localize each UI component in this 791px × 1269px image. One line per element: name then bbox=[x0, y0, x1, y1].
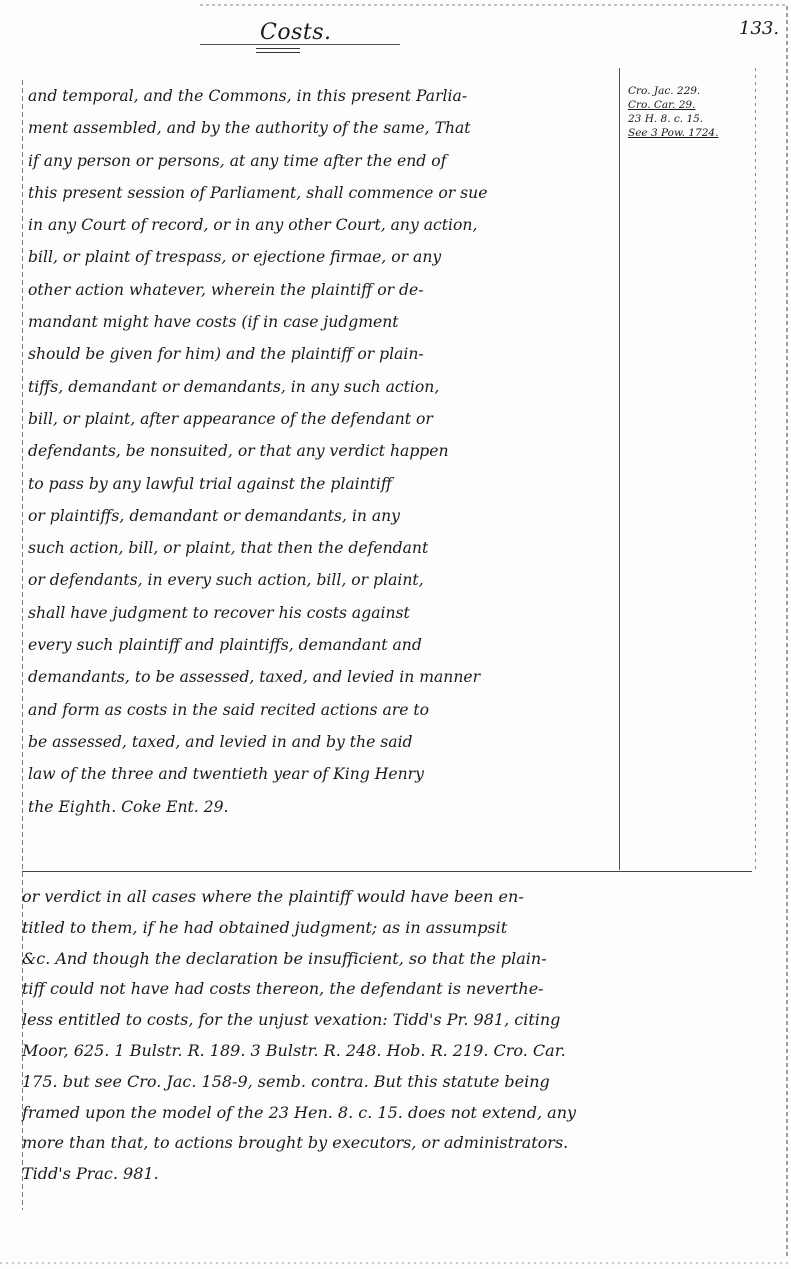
commentary-text: or verdict in all cases where the plaint… bbox=[22, 882, 782, 1190]
text-line: demandants, to be assessed, taxed, and l… bbox=[28, 661, 618, 693]
text-line: tiff could not have had costs thereon, t… bbox=[22, 974, 782, 1005]
text-line: tiffs, demandant or demandants, in any s… bbox=[28, 371, 618, 403]
text-line: this present session of Parliament, shal… bbox=[28, 177, 618, 209]
text-line: or verdict in all cases where the plaint… bbox=[22, 882, 782, 913]
text-line: Moor, 625. 1 Bulstr. R. 189. 3 Bulstr. R… bbox=[22, 1036, 782, 1067]
text-line: and temporal, and the Commons, in this p… bbox=[28, 80, 618, 112]
page-top-edge bbox=[200, 4, 788, 6]
text-line: other action whatever, wherein the plain… bbox=[28, 274, 618, 306]
margin-column-right-rule bbox=[755, 68, 756, 870]
page-bottom-edge bbox=[0, 1262, 791, 1264]
text-line: such action, bill, or plaint, that then … bbox=[28, 532, 618, 564]
text-line: less entitled to costs, for the unjust v… bbox=[22, 1005, 782, 1036]
page-title: Costs. bbox=[260, 20, 332, 45]
page-right-edge bbox=[786, 6, 788, 1258]
margin-citations: Cro. Jac. 229. Cro. Car. 29. 23 H. 8. c.… bbox=[628, 84, 753, 140]
text-line: or plaintiffs, demandant or demandants, … bbox=[28, 500, 618, 532]
margin-column-rule bbox=[619, 68, 620, 870]
text-line: or defendants, in every such action, bil… bbox=[28, 564, 618, 596]
page-number: 133. bbox=[739, 18, 779, 39]
text-line: every such plaintiff and plaintiffs, dem… bbox=[28, 629, 618, 661]
page-title-underline bbox=[256, 48, 300, 53]
margin-citation: Cro. Car. 29. bbox=[628, 98, 753, 112]
text-line: to pass by any lawful trial against the … bbox=[28, 468, 618, 500]
text-line: bill, or plaint, after appearance of the… bbox=[28, 403, 618, 435]
text-line: framed upon the model of the 23 Hen. 8. … bbox=[22, 1098, 782, 1129]
statute-text: and temporal, and the Commons, in this p… bbox=[28, 80, 618, 823]
section-divider bbox=[22, 871, 752, 872]
margin-citation: See 3 Pow. 1724. bbox=[628, 126, 753, 140]
text-line: should be given for him) and the plainti… bbox=[28, 338, 618, 370]
text-line: in any Court of record, or in any other … bbox=[28, 209, 618, 241]
text-line: and form as costs in the said recited ac… bbox=[28, 694, 618, 726]
text-line: law of the three and twentieth year of K… bbox=[28, 758, 618, 790]
margin-citation: 23 H. 8. c. 15. bbox=[628, 112, 753, 126]
text-line: Tidd's Prac. 981. bbox=[22, 1159, 782, 1190]
text-line: shall have judgment to recover his costs… bbox=[28, 597, 618, 629]
text-line: defendants, be nonsuited, or that any ve… bbox=[28, 435, 618, 467]
manuscript-page: Costs. 133. Cro. Jac. 229. Cro. Car. 29.… bbox=[0, 0, 791, 1269]
text-line: if any person or persons, at any time af… bbox=[28, 145, 618, 177]
text-line: titled to them, if he had obtained judgm… bbox=[22, 913, 782, 944]
text-line: bill, or plaint of trespass, or ejection… bbox=[28, 241, 618, 273]
text-line: be assessed, taxed, and levied in and by… bbox=[28, 726, 618, 758]
text-line: more than that, to actions brought by ex… bbox=[22, 1128, 782, 1159]
text-line: the Eighth. Coke Ent. 29. bbox=[28, 791, 618, 823]
text-line: ment assembled, and by the authority of … bbox=[28, 112, 618, 144]
text-line: 175. but see Cro. Jac. 158-9, semb. cont… bbox=[22, 1067, 782, 1098]
margin-citation: Cro. Jac. 229. bbox=[628, 84, 753, 98]
text-line: mandant might have costs (if in case jud… bbox=[28, 306, 618, 338]
text-line: &c. And though the declaration be insuff… bbox=[22, 944, 782, 975]
